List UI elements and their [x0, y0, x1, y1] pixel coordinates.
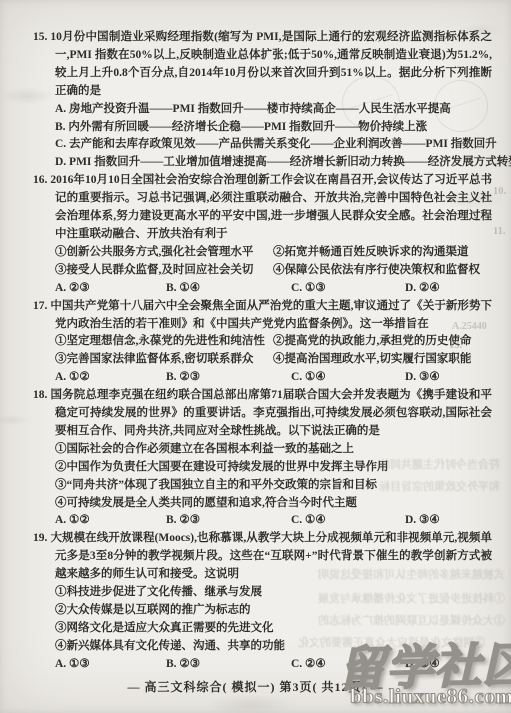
- question-stem: 19.大规模在线开放课程(Moocs),也称慕课,从教学大块上分成视频单元和非视…: [33, 530, 492, 584]
- item-cell: ②提高党的执政能力,承担党的历史使命: [273, 333, 471, 351]
- answer-choice-c: C. ①③: [291, 280, 405, 298]
- option-line: ①国际社会的合作必须建立在各国根本利益一致的基础之上: [33, 441, 492, 459]
- option-line: B. 内外需有所回暖——经济增长企稳——PMI 指数回升——物价持续上涨: [33, 119, 492, 137]
- option-line: C. 去产能和去库存政策见效——产品供需关系变化——企业利润改善——PMI 指数…: [33, 136, 492, 154]
- option-line: D. PMI 指数回升——工业增加值增速提高——经济增长新旧动力转换——经济发展…: [33, 154, 492, 172]
- question-number: 19.: [33, 532, 50, 544]
- option-line: ③“同舟共济”体现了我国独立自主的和平外交政策的宗旨和目标: [33, 477, 492, 495]
- item-cell: ③完善国家法律监督体系,密切联系群众: [55, 351, 273, 369]
- question-list: 15.10月份中国制造业采购经理指数(缩写为 PMI,是国际上通行的宏观经济监测…: [33, 29, 492, 674]
- item-cell: ②拓宽并畅通百姓反映诉求的沟通渠道: [273, 244, 469, 262]
- answer-choice-b: B. ②③: [166, 656, 291, 674]
- item-cell: ④保障公民依法有序行使决策权和监督权: [273, 262, 480, 280]
- answer-row: A. ①②B. ②③C. ①④D. ③④: [33, 369, 492, 387]
- answer-choice-b: B. ①④: [166, 280, 291, 298]
- question-15: 15.10月份中国制造业采购经理指数(缩写为 PMI,是国际上通行的宏观经济监测…: [33, 29, 492, 172]
- answer-choice-a: A. ①②: [55, 512, 166, 530]
- showthrough-fragment: 10.: [493, 186, 506, 197]
- item-cell: ①坚定理想信念,永葆党的先进性和纯洁性: [55, 333, 273, 351]
- question-stem-text: 2016年10月10日全国社会治安综合治理创新工作会议在南昌召开,会议传达了习近…: [50, 174, 492, 240]
- question-number: 17.: [33, 300, 50, 312]
- answer-choice-c: C. ①④: [291, 512, 405, 530]
- answer-choice-d: D. ③④: [405, 512, 440, 530]
- question-stem-text: 10月份中国制造业采购经理指数(缩写为 PMI,是国际上通行的宏观经济监测指标体…: [50, 31, 492, 97]
- question-stem: 17.中国共产党第十八届六中全会聚焦全面从严治党的重大主题,审议通过了《关于新形…: [33, 298, 492, 334]
- item-row: ①坚定理想信念,永葆党的先进性和纯洁性②提高党的执政能力,承担党的历史使命: [33, 333, 492, 351]
- question-18: 18.国务院总理李克强在纽约联合国总部出席第71届联合国大会并发表题为《携手建设…: [33, 387, 492, 530]
- answer-choice-d: D. ②④: [405, 280, 440, 298]
- item-row: ③接受人民群众监督,及时回应社会关切④保障公民依法有序行使决策权和监督权: [33, 262, 492, 280]
- answer-row: A. ①②B. ②③C. ①④D. ③④: [33, 512, 492, 530]
- item-row: ①创新公共服务方式,强化社会管理水平②拓宽并畅通百姓反映诉求的沟通渠道: [33, 244, 492, 262]
- question-16: 16.2016年10月10日全国社会治安综合治理创新工作会议在南昌召开,会议传达…: [33, 172, 492, 297]
- answer-choice-a: A. ①③: [55, 656, 166, 674]
- item-row: ③完善国家法律监督体系,密切联系群众④提高治国理政水平,切实履行国家职能: [33, 351, 492, 369]
- question-stem: 18.国务院总理李克强在纽约联合国总部出席第71届联合国大会并发表题为《携手建设…: [33, 387, 492, 441]
- answer-choice-a: A. ②③: [55, 280, 166, 298]
- question-stem-text: 国务院总理李克强在纽约联合国总部出席第71届联合国大会并发表题为《携手建设和平稳…: [50, 389, 492, 437]
- answer-choice-a: A. ①②: [55, 369, 166, 387]
- question-stem-text: 大规模在线开放课程(Moocs),也称慕课,从教学大块上分成视频单元和非视频单元…: [50, 532, 492, 580]
- question-number: 15.: [33, 31, 50, 43]
- question-number: 18.: [33, 389, 50, 401]
- question-stem: 16.2016年10月10日全国社会治安综合治理创新工作会议在南昌召开,会议传达…: [33, 172, 492, 244]
- answer-choice-b: B. ②③: [166, 369, 291, 387]
- question-17: 17.中国共产党第十八届六中全会聚焦全面从严治党的重大主题,审议通过了《关于新形…: [33, 298, 492, 388]
- answer-choice-c: C. ①④: [291, 369, 405, 387]
- option-line: ④可持续发展是全人类共同的愿望和追求,符合当今时代主题: [33, 495, 492, 513]
- answer-choice-b: B. ②③: [166, 512, 291, 530]
- scanned-exam-page: 15.10月份中国制造业采购经理指数(缩写为 PMI,是国际上通行的宏观经济监测…: [0, 0, 511, 713]
- answer-choice-d: D. ③④: [405, 369, 440, 387]
- watermark-url: bbs.liuxue86.com: [350, 684, 511, 709]
- answer-row: A. ②③B. ①④C. ①③D. ②④: [33, 280, 492, 298]
- question-stem: 15.10月份中国制造业采购经理指数(缩写为 PMI,是国际上通行的宏观经济监测…: [33, 29, 492, 101]
- question-number: 16.: [33, 174, 50, 186]
- option-line: ②中国作为负责任大国要在建设可持续发展的世界中发挥主导作用: [33, 459, 492, 477]
- item-cell: ①创新公共服务方式,强化社会管理水平: [55, 244, 273, 262]
- option-line: A. 房地产投资升温——PMI 指数回升——楼市持续高企——人民生活水平提高: [33, 101, 492, 119]
- showthrough-fragment: 11.: [493, 226, 506, 237]
- question-stem-text: 中国共产党第十八届六中全会聚焦全面从严治党的重大主题,审议通过了《关于新形势下党…: [50, 300, 492, 330]
- option-line: ①科技进步促进了文化传播、继承与发展: [33, 584, 492, 602]
- item-cell: ④提高治国理政水平,切实履行国家职能: [273, 351, 471, 369]
- item-cell: ③接受人民群众监督,及时回应社会关切: [55, 262, 273, 280]
- option-line: ②大众传媒是以互联网的推广为标志的: [33, 602, 492, 620]
